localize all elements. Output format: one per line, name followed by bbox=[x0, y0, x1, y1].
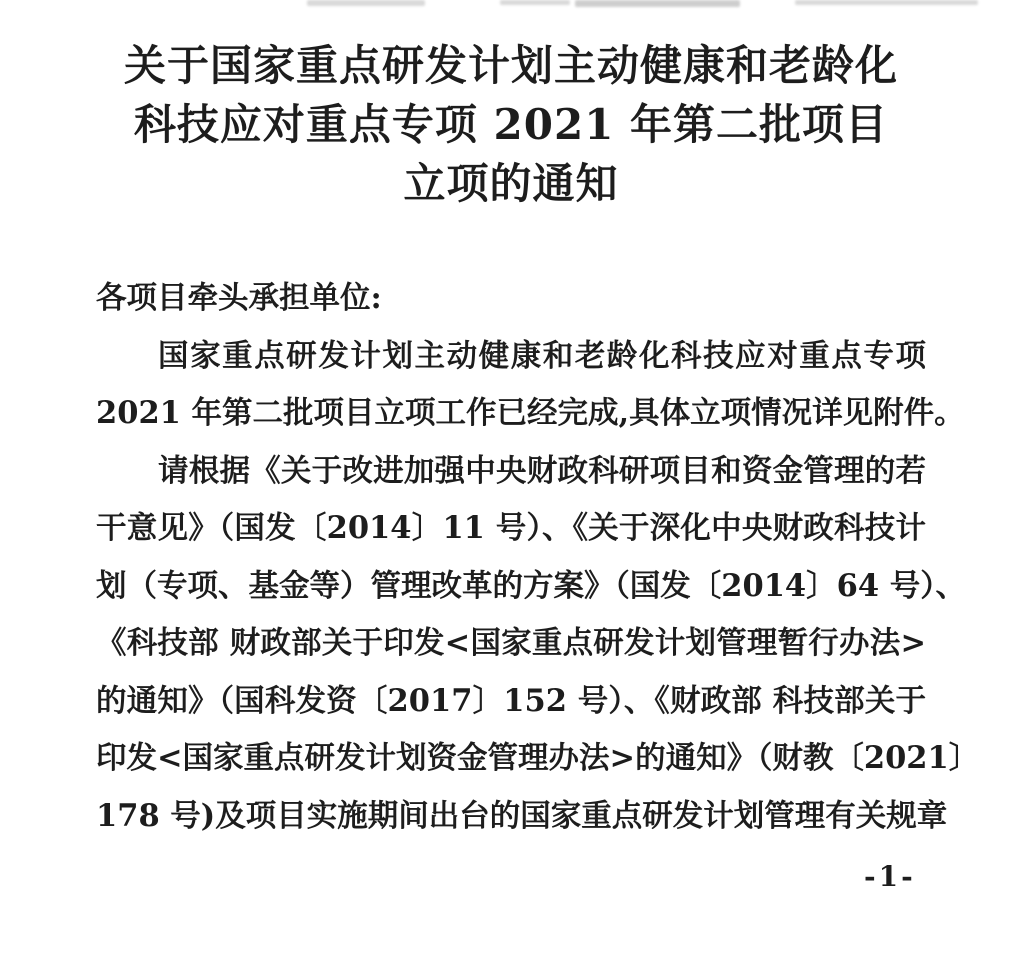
body-line: 印发<国家重点研发计划资金管理办法>的通知》（财教〔2021〕 bbox=[96, 730, 926, 788]
body-line: 划（专项、基金等）管理改革的方案》（国发〔2014〕64 号）、 bbox=[96, 558, 926, 616]
scan-artifact bbox=[307, 0, 425, 6]
title-line: 关于国家重点研发计划主动健康和老龄化 bbox=[0, 36, 1022, 95]
body-line: 178 号)及项目实施期间出台的国家重点研发计划管理有关规章 bbox=[96, 788, 926, 846]
title-line: 科技应对重点专项 2021 年第二批项目 bbox=[0, 95, 1022, 154]
document-title: 关于国家重点研发计划主动健康和老龄化 科技应对重点专项 2021 年第二批项目 … bbox=[0, 36, 1022, 213]
title-line: 立项的通知 bbox=[0, 154, 1022, 213]
salutation-line: 各项目牵头承担单位: bbox=[96, 270, 926, 328]
body-line: 干意见》（国发〔2014〕11 号）、《关于深化中央财政科技计 bbox=[96, 500, 926, 558]
scan-artifact bbox=[795, 0, 978, 5]
scan-artifact bbox=[500, 0, 570, 5]
body-line: 请根据《关于改进加强中央财政科研项目和资金管理的若 bbox=[96, 443, 926, 501]
body-line: 2021 年第二批项目立项工作已经完成,具体立项情况详见附件。 bbox=[96, 385, 926, 443]
page-number: -1- bbox=[864, 860, 916, 893]
body-line: 国家重点研发计划主动健康和老龄化科技应对重点专项 bbox=[96, 328, 926, 386]
scan-artifact bbox=[575, 0, 740, 7]
scanned-document-page: 关于国家重点研发计划主动健康和老龄化 科技应对重点专项 2021 年第二批项目 … bbox=[0, 0, 1022, 955]
body-line: 《科技部 财政部关于印发<国家重点研发计划管理暂行办法> bbox=[96, 615, 926, 673]
document-body: 各项目牵头承担单位: 国家重点研发计划主动健康和老龄化科技应对重点专项 2021… bbox=[96, 270, 926, 845]
body-line: 的通知》（国科发资〔2017〕152 号）、《财政部 科技部关于 bbox=[96, 673, 926, 731]
